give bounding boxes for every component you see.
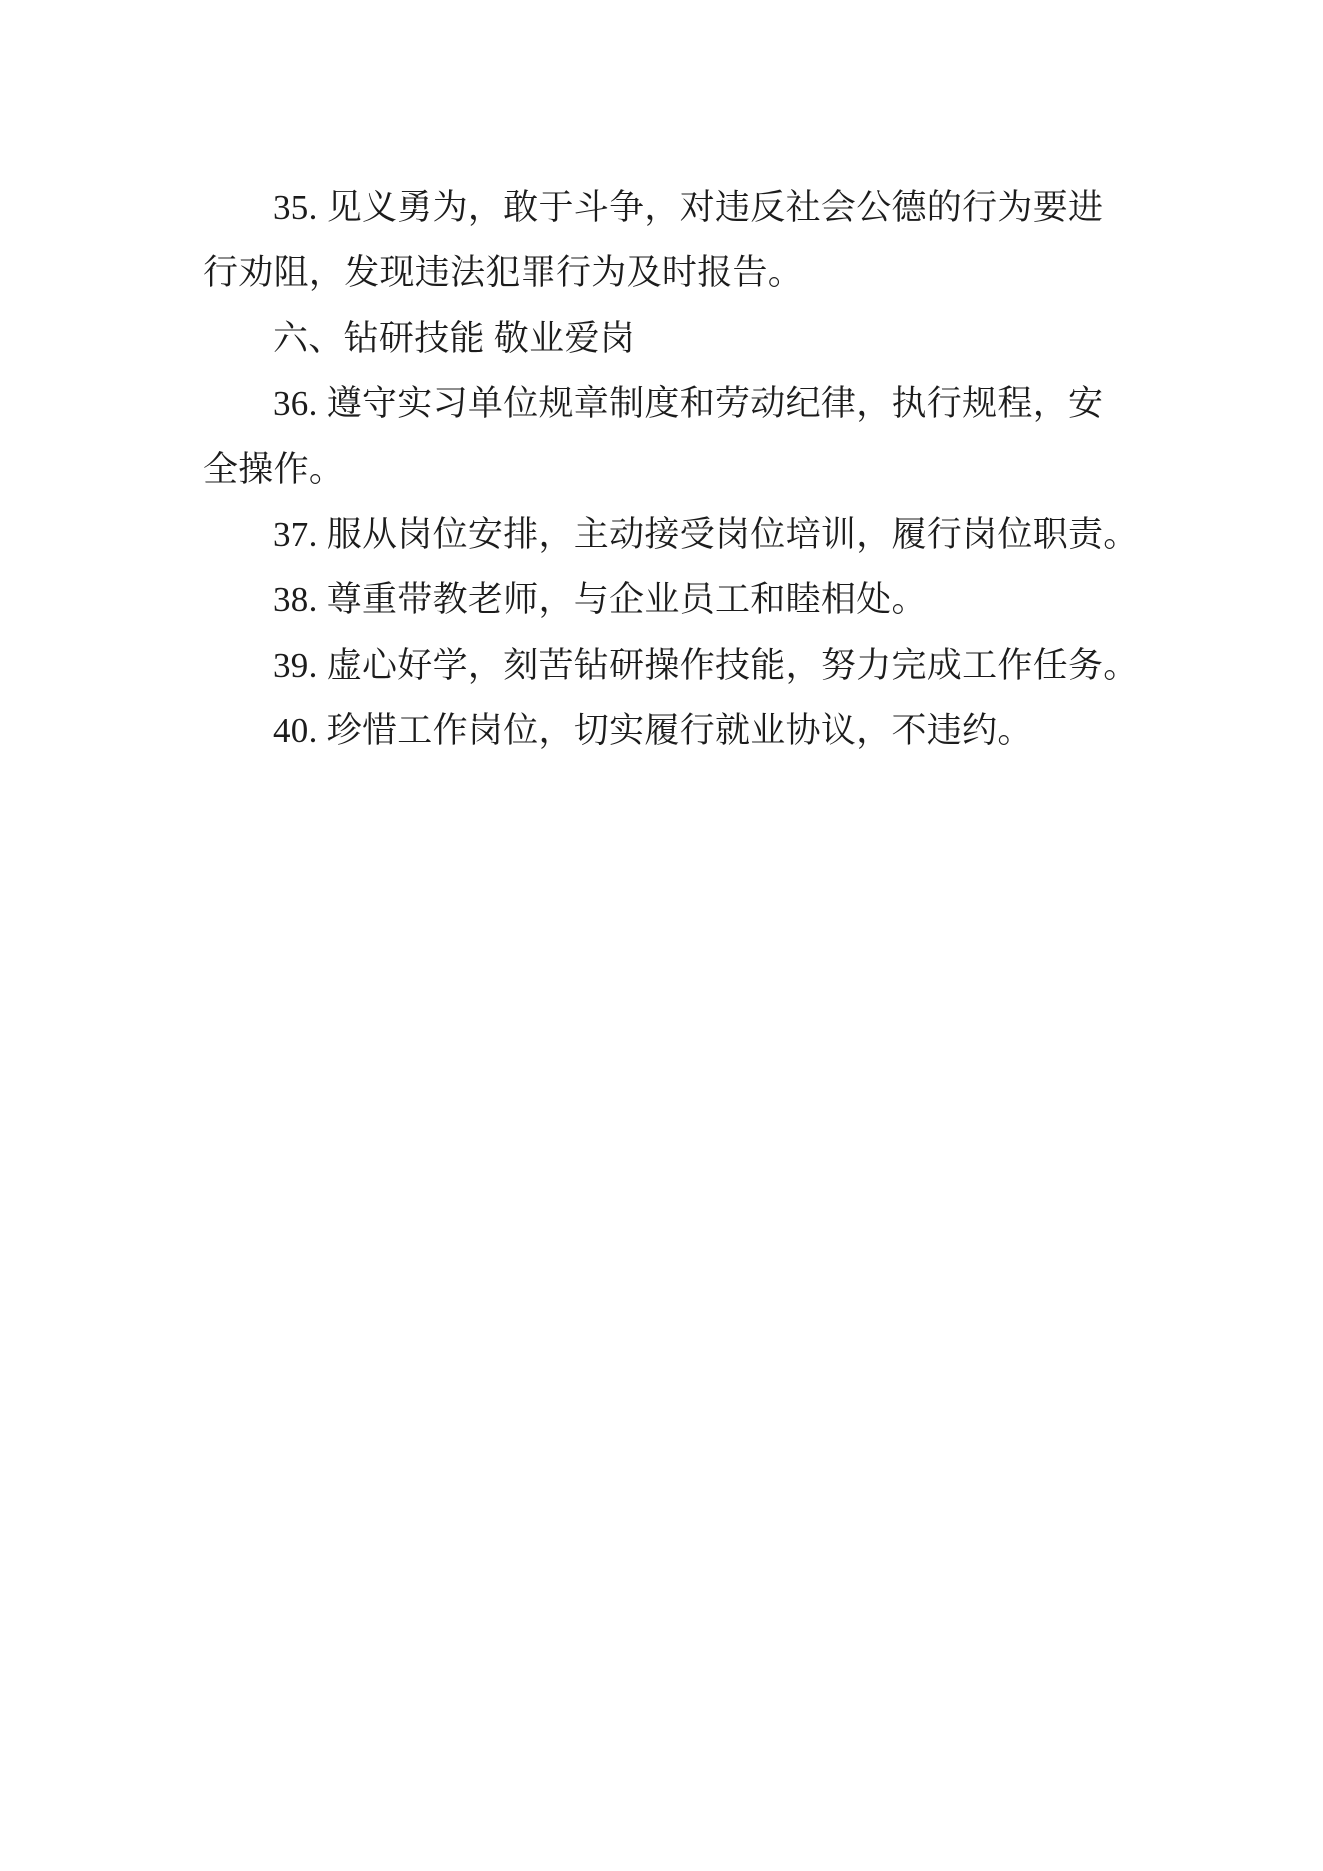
paragraph-item-40: 40. 珍惜工作岗位，切实履行就业协议，不违约。 bbox=[203, 698, 1133, 763]
paragraph-item-37: 37. 服从岗位安排，主动接受岗位培训，履行岗位职责。 bbox=[203, 502, 1133, 567]
text-line: 全操作。 bbox=[203, 437, 1133, 502]
text-line: 六、钻研技能 敬业爱岗 bbox=[203, 306, 1133, 371]
paragraph-item-35: 35. 见义勇为，敢于斗争，对违反社会公德的行为要进行劝阻，发现违法犯罪行为及时… bbox=[203, 175, 1133, 306]
text-line: 37. 服从岗位安排，主动接受岗位培训，履行岗位职责。 bbox=[203, 502, 1133, 567]
text-line: 40. 珍惜工作岗位，切实履行就业协议，不违约。 bbox=[203, 698, 1133, 763]
text-line: 39. 虚心好学，刻苦钻研操作技能，努力完成工作任务。 bbox=[203, 633, 1133, 698]
text-line: 38. 尊重带教老师，与企业员工和睦相处。 bbox=[203, 567, 1133, 632]
text-line: 行劝阻，发现违法犯罪行为及时报告。 bbox=[203, 240, 1133, 305]
document-page: 35. 见义勇为，敢于斗争，对违反社会公德的行为要进行劝阻，发现违法犯罪行为及时… bbox=[0, 0, 1323, 1871]
text-line: 36. 遵守实习单位规章制度和劳动纪律，执行规程，安 bbox=[203, 371, 1133, 436]
paragraph-heading-section-6: 六、钻研技能 敬业爱岗 bbox=[203, 306, 1133, 371]
paragraph-item-38: 38. 尊重带教老师，与企业员工和睦相处。 bbox=[203, 567, 1133, 632]
paragraph-item-36: 36. 遵守实习单位规章制度和劳动纪律，执行规程，安全操作。 bbox=[203, 371, 1133, 502]
document-body: 35. 见义勇为，敢于斗争，对违反社会公德的行为要进行劝阻，发现违法犯罪行为及时… bbox=[203, 175, 1133, 764]
paragraph-item-39: 39. 虚心好学，刻苦钻研操作技能，努力完成工作任务。 bbox=[203, 633, 1133, 698]
text-line: 35. 见义勇为，敢于斗争，对违反社会公德的行为要进 bbox=[203, 175, 1133, 240]
